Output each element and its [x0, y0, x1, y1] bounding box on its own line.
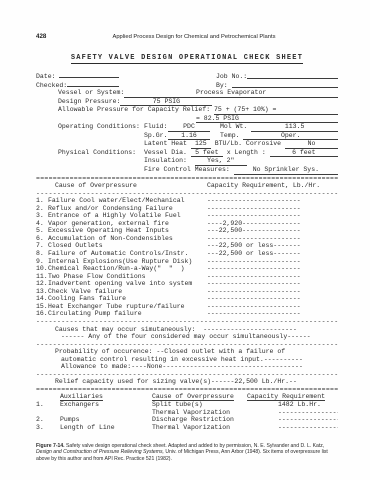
- aux-capacity-header-text: Capacity Requirement: [247, 393, 325, 401]
- aux-cause: Thermal Vaporization: [152, 424, 245, 432]
- book-page: 428 Applied Process Design for Chemical …: [0, 0, 370, 480]
- cause-label: Internal Explosions(Use Rupture Disk): [48, 258, 207, 266]
- auxiliaries-header: Auxiliaries: [60, 393, 152, 401]
- cause-column-header: Cause of Overpressure: [36, 182, 207, 190]
- latent-heat-label: Latent Heat: [144, 140, 191, 148]
- aux-capacity: ------------------: [245, 416, 338, 424]
- check-sheet-body: Date: Job No.: Checked: By: Vessel or Sy…: [36, 71, 338, 431]
- section-divider-dashes: ----------------------------------------…: [36, 318, 338, 326]
- sp-gr-value: 1.16: [168, 132, 210, 141]
- overpressure-row: 11.Two Phase Flow Conditions------------…: [36, 273, 338, 281]
- row-number: 10.: [36, 265, 48, 273]
- aux-capacity: ------------------: [245, 409, 338, 417]
- by-field: By:: [192, 82, 338, 90]
- book-header: 428 Applied Process Design for Chemical …: [36, 33, 338, 40]
- row-number: 11.: [36, 273, 48, 281]
- running-head: Applied Process Design for Chemical and …: [80, 34, 338, 40]
- physical-conditions-label: Physical Conditions:: [58, 149, 144, 157]
- probability-row-1: Probability of occurence: --Closed outle…: [36, 348, 338, 356]
- checked-by-row: Checked: By:: [36, 80, 338, 89]
- simultaneous-label: Causes that may occur simutaneously:: [36, 326, 203, 334]
- row-number: 15.: [36, 303, 48, 311]
- job-no-blank-line: [247, 73, 338, 80]
- by-blank-line: [232, 82, 338, 89]
- section-divider-equals: ========================================…: [36, 386, 338, 394]
- overpressure-row: 14.Cooling Fans failure-----------------…: [36, 295, 338, 303]
- overpressure-row: 6.Accumulation of Non-Condensibles------…: [36, 235, 338, 243]
- capacity-value: ------------------------: [207, 303, 338, 311]
- capacity-value: ------------------------: [207, 235, 338, 243]
- overpressure-row: 5.Excessive Operating Heat Inputs---22,5…: [36, 227, 338, 235]
- fluid-value: PDC: [168, 123, 210, 132]
- design-pressure-label: Design Pressure:: [58, 98, 120, 106]
- temp-value: Oper.: [243, 132, 338, 141]
- auxiliary-row: 2.PumpsDischarge Restriction------------…: [36, 416, 338, 424]
- overpressure-row: 7.Closed Outlets---22,500 or less-------: [36, 242, 338, 250]
- cause-label: Vapor generation, external fire: [48, 220, 207, 228]
- latent-heat-value: 125: [191, 140, 211, 149]
- capacity-value: ------------------------: [207, 212, 338, 220]
- overpressure-row: 1.Failure Cool water/Elect/Mechanical---…: [36, 197, 338, 205]
- aux-name: Length of Line: [60, 424, 152, 432]
- checked-blank-line: [67, 80, 119, 87]
- row-number: 8.: [36, 250, 48, 258]
- capacity-value: ------------------------: [207, 258, 338, 266]
- aux-capacity: ------------------: [245, 424, 338, 432]
- aux-cause-header: Cause of Overpressure: [152, 393, 245, 401]
- capacity-column-header: Capacity Requirement, Lb./Hr.: [207, 182, 338, 190]
- auxiliary-row: 3.Length of LineThermal Vaporization----…: [36, 424, 338, 432]
- checked-label: Checked:: [36, 82, 67, 90]
- allowable-pressure-label: Allowable Pressure for Capacity Relief:: [58, 106, 214, 114]
- by-label: By:: [216, 82, 232, 90]
- section-divider-dashes: ----------------------------------------…: [36, 341, 338, 349]
- operating-fluid-row: Operating Conditions: Fluid: PDC Mol Wt.…: [36, 123, 338, 132]
- fire-control-value: No Sprinkler Sys.: [234, 166, 338, 175]
- overpressure-row: 16.Circulating Pump failure-------------…: [36, 310, 338, 318]
- vessel-value: Process Evaporator: [124, 89, 338, 98]
- job-no-field: Job No.:: [216, 73, 338, 81]
- date-blank-line: [59, 71, 119, 78]
- cause-label: Check Valve failure: [48, 288, 207, 296]
- length-label: x Length :: [223, 149, 270, 157]
- overpressure-row: 13.Check Valve failure------------------…: [36, 288, 338, 296]
- allowance-row: Allowance to made:----None--------------…: [36, 363, 338, 371]
- capacity-value: ------------------------: [207, 310, 338, 318]
- cause-label: Two Phase Flow Conditions: [48, 273, 207, 281]
- page-number: 428: [36, 33, 80, 40]
- simultaneous-row: Causes that may occur simutaneously: ---…: [36, 326, 338, 334]
- physical-insulation-row: Insulation: Yes, 2": [36, 157, 338, 166]
- row-number: 4.: [36, 220, 48, 228]
- operating-latent-row: Latent Heat 125 BTU/Lb. Corrosive No: [36, 140, 338, 149]
- overpressure-row: 10.Chemical Reaction/Run-a-Way(" " )----…: [36, 265, 338, 273]
- row-number: 13.: [36, 288, 48, 296]
- insulation-value: Yes, 2": [195, 157, 247, 166]
- overpressure-row: 15.Heat Exchanger Tube rupture/failure--…: [36, 303, 338, 311]
- auxiliaries-header-text: Auxiliaries: [60, 393, 103, 401]
- row-number: 5.: [36, 227, 48, 235]
- caption-book-title: Design and Construction of Pressure Reli…: [36, 449, 164, 455]
- overpressure-header-row: Cause of Overpressure Capacity Requireme…: [36, 182, 338, 190]
- capacity-value: ---22,500 or less-------: [207, 242, 338, 250]
- relief-capacity-line: Relief capacity used for sizing valve(s)…: [55, 378, 297, 386]
- overpressure-row: 3.Entrance of a Highly Volatile Fuel----…: [36, 212, 338, 220]
- sheet-title-text: SAFETY VALVE DESIGN OPERATIONAL CHECK SH…: [71, 54, 303, 64]
- vessel-dia-label: Vessel Dia.: [144, 149, 191, 157]
- overpressure-row: 9.Internal Explosions(Use Rupture Disk)-…: [36, 258, 338, 266]
- design-pressure-value: 75 PSIG: [120, 98, 212, 107]
- probability-line-1: Probability of occurence: --Closed outle…: [55, 348, 285, 356]
- cause-label: Failure of Automatic Controls/Instr.: [48, 250, 207, 258]
- aux-row-number: 2.: [36, 416, 60, 424]
- relief-capacity-row: Relief capacity used for sizing valve(s)…: [36, 378, 338, 386]
- section-divider-dashes: ----------------------------------------…: [36, 371, 338, 379]
- capacity-value: ---22,500---------------: [207, 227, 338, 235]
- mol-wt-label: Mol Wt.: [220, 123, 251, 132]
- sheet-title: SAFETY VALVE DESIGN OPERATIONAL CHECK SH…: [36, 54, 338, 62]
- simultaneous-note: ------ Any of the four considered may oc…: [61, 333, 311, 341]
- physical-dia-row: Physical Conditions: Vessel Dia. 5 feet …: [36, 149, 338, 158]
- row-number: 2.: [36, 205, 48, 213]
- cause-label: Cooling Fans failure: [48, 295, 207, 303]
- allowable-pressure-result: = 82.5 PSIG: [196, 115, 338, 124]
- aux-name: Pumps: [60, 416, 152, 424]
- aux-name: Exchangers: [60, 401, 152, 409]
- auxiliary-row: Thermal Vaporization------------------: [36, 409, 338, 417]
- row-number: 12.: [36, 280, 48, 288]
- corrosive-label: Corrosive: [246, 140, 285, 148]
- length-value: 6 feet: [270, 149, 338, 158]
- cause-label: Chemical Reaction/Run-a-Way(" " ): [48, 265, 207, 273]
- allowable-pressure-result-row: = 82.5 PSIG: [36, 115, 338, 124]
- allowable-pressure-value: 75 + (75+ 10%) =: [214, 106, 338, 115]
- date-job-row: Date: Job No.:: [36, 71, 338, 80]
- cause-label: Circulating Pump failure: [48, 310, 207, 318]
- aux-cause: Split tube(s): [152, 401, 245, 409]
- insulation-label: Insulation:: [144, 157, 195, 165]
- aux-cause: Thermal Vaporization: [152, 409, 245, 417]
- overpressure-row: 8.Failure of Automatic Controls/Instr.--…: [36, 250, 338, 258]
- overpressure-row: 4.Vapor generation, external fire----2,9…: [36, 220, 338, 228]
- capacity-value: ---22,500 or less-------: [207, 250, 338, 258]
- figure-label: Figure 7-14.: [36, 443, 65, 449]
- date-label: Date:: [36, 73, 59, 81]
- section-divider-dashes: ----------------------------------------…: [36, 190, 338, 198]
- capacity-value: ------------------------: [207, 288, 338, 296]
- row-number: 14.: [36, 295, 48, 303]
- capacity-value: ------------------------: [207, 273, 338, 281]
- simultaneous-value: ------------------------: [203, 326, 297, 334]
- fire-control-label: Fire Control Measures:: [144, 166, 234, 174]
- row-number: 9.: [36, 258, 48, 266]
- simultaneous-note-row: ------ Any of the four considered may oc…: [36, 333, 338, 341]
- operating-conditions-label: Operating Conditions:: [58, 123, 144, 131]
- row-number: 3.: [36, 212, 48, 220]
- capacity-value: ----2,920---------------: [207, 220, 338, 228]
- mol-wt-value: 113.5: [251, 123, 338, 132]
- cause-label: Excessive Operating Heat Inputs: [48, 227, 207, 235]
- aux-capacity: 1482 Lb.Hr.: [245, 401, 338, 409]
- overpressure-row: 2.Reflux and/or Condensing Failure------…: [36, 205, 338, 213]
- operating-spgr-row: Sp.Gr. 1.16 Temp. Oper.: [36, 132, 338, 141]
- row-number: 7.: [36, 242, 48, 250]
- aux-row-number: 3.: [36, 424, 60, 432]
- cause-label: Inadvertent opening valve into system: [48, 280, 207, 288]
- cause-label: Failure Cool water/Elect/Mechanical: [48, 197, 207, 205]
- vessel-row: Vessel or System: Process Evaporator: [36, 89, 338, 98]
- temp-field: Temp. Oper.: [220, 132, 338, 141]
- caption-text-1: Safety valve design operational check sh…: [65, 443, 325, 449]
- probability-line-2: automatic control resulting in excessive…: [61, 356, 303, 364]
- physical-fire-row: Fire Control Measures: No Sprinkler Sys.: [36, 166, 338, 175]
- aux-capacity-header: Capacity Requirement: [245, 393, 338, 401]
- figure-caption: Figure 7-14. Safety valve design operati…: [36, 443, 338, 462]
- capacity-value: ------------------------: [207, 197, 338, 205]
- capacity-value: ------------------------: [207, 265, 338, 273]
- corrosive-value: No: [285, 140, 338, 149]
- sp-gr-label: Sp.Gr.: [144, 132, 168, 140]
- auxiliary-row: 1.ExchangersSplit tube(s)1482 Lb.Hr.: [36, 401, 338, 409]
- capacity-value: ------------------------: [207, 280, 338, 288]
- cause-label: Heat Exchanger Tube rupture/failure: [48, 303, 207, 311]
- temp-label: Temp.: [220, 132, 243, 141]
- overpressure-row: 12.Inadvertent opening valve into system…: [36, 280, 338, 288]
- job-no-label: Job No.:: [216, 73, 247, 81]
- cause-label: Accumulation of Non-Condensibles: [48, 235, 207, 243]
- probability-row-2: automatic control resulting in excessive…: [36, 356, 338, 364]
- aux-row-number: 1.: [36, 401, 60, 409]
- section-divider-equals: ========================================…: [36, 175, 338, 183]
- mol-wt-field: Mol Wt. 113.5: [220, 123, 338, 132]
- auxiliaries-header-row: Auxiliaries Cause of Overpressure Capaci…: [36, 393, 338, 401]
- cause-label: Closed Outlets: [48, 242, 207, 250]
- row-number: 16.: [36, 310, 48, 318]
- aux-cause: Discharge Restriction: [152, 416, 245, 424]
- cause-label: Entrance of a Highly Volatile Fuel: [48, 212, 207, 220]
- latent-heat-units: BTU/Lb.: [211, 140, 246, 148]
- allowable-pressure-row: Allowable Pressure for Capacity Relief: …: [36, 106, 338, 115]
- cause-label: Reflux and/or Condensing Failure: [48, 205, 207, 213]
- vessel-dia-value: 5 feet: [191, 149, 223, 158]
- vessel-label: Vessel or System:: [58, 89, 124, 97]
- row-number: 1.: [36, 197, 48, 205]
- allowance-line: Allowance to made:----None--------------…: [61, 363, 303, 371]
- design-pressure-row: Design Pressure: 75 PSIG: [36, 98, 338, 107]
- capacity-value: ------------------------: [207, 295, 338, 303]
- fluid-label: Fluid:: [144, 123, 168, 131]
- row-number: 6.: [36, 235, 48, 243]
- aux-cause-header-text: Cause of Overpressure: [152, 393, 234, 401]
- capacity-value: ------------------------: [207, 205, 338, 213]
